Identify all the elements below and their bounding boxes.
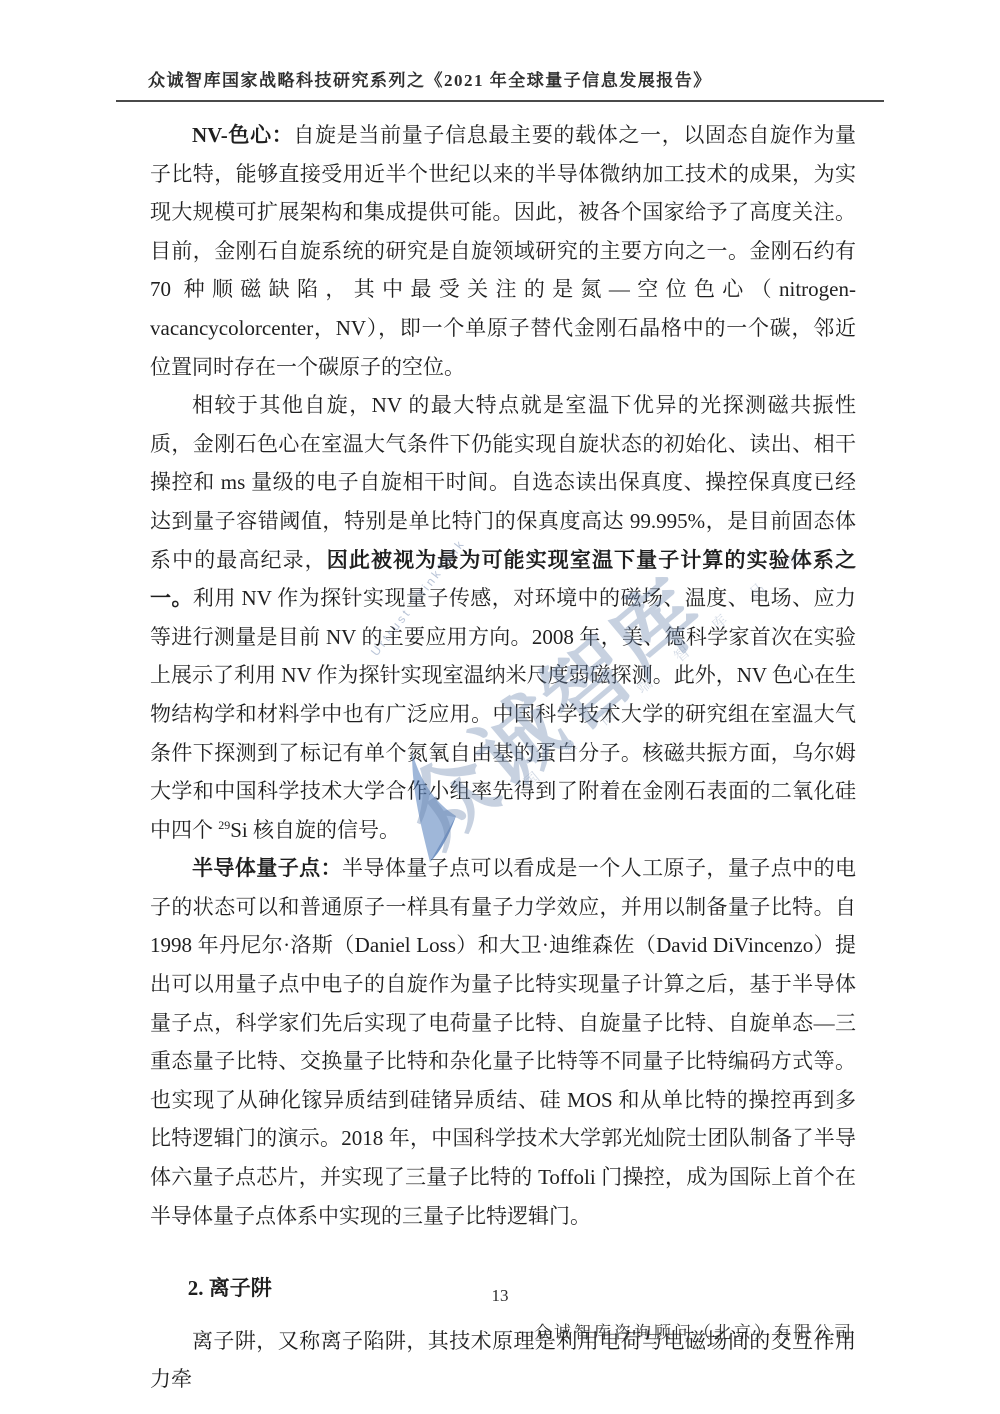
paragraph: 半导体量子点：半导体量子点可以看成是一个人工原子，量子点中的电子的状态可以和普通… — [150, 849, 856, 1235]
paragraph: 相较于其他自旋，NV 的最大特点就是室温下优异的光探测磁共振性质，金刚石色心在室… — [150, 386, 856, 849]
footer-company: 众诚智库咨询顾问（北京）有限公司 — [534, 1318, 854, 1343]
bold-text-run: 半导体量子点： — [192, 856, 342, 880]
text-run: 自旋是当前量子信息最主要的载体之一，以固态自旋作为量子比特，能够直接受用近半个世… — [150, 123, 856, 379]
text-run: Si 核自旋的信号。 — [230, 818, 400, 842]
text-run: 半导体量子点可以看成是一个人工原子，量子点中的电子的状态可以和普通原子一样具有量… — [150, 856, 856, 1227]
text-run: 利用 NV 作为探针实现量子传感，对环境中的磁场、温度、电场、应力等进行测量是目… — [150, 586, 856, 842]
bold-text-run: NV-色心： — [192, 123, 293, 147]
document-body: NV-色心：自旋是当前量子信息最主要的载体之一，以固态自旋作为量子比特，能够直接… — [150, 116, 856, 1399]
page-header: 众诚智库国家战略科技研究系列之《2021 年全球量子信息发展报告》 — [116, 66, 884, 102]
header-title: 众诚智库国家战略科技研究系列之《2021 年全球量子信息发展报告》 — [148, 66, 884, 91]
page-number: 13 — [0, 1286, 1000, 1306]
document-page: Urtrust ThinkTank 国家高端智库品牌 众诚智库 众诚智库国家战略… — [0, 0, 1000, 1414]
superscript: 29 — [218, 818, 230, 832]
text-run: 相较于其他自旋，NV 的最大特点就是室温下优异的光探测磁共振性质，金刚石色心在室… — [150, 393, 856, 571]
paragraph: NV-色心：自旋是当前量子信息最主要的载体之一，以固态自旋作为量子比特，能够直接… — [150, 116, 856, 386]
